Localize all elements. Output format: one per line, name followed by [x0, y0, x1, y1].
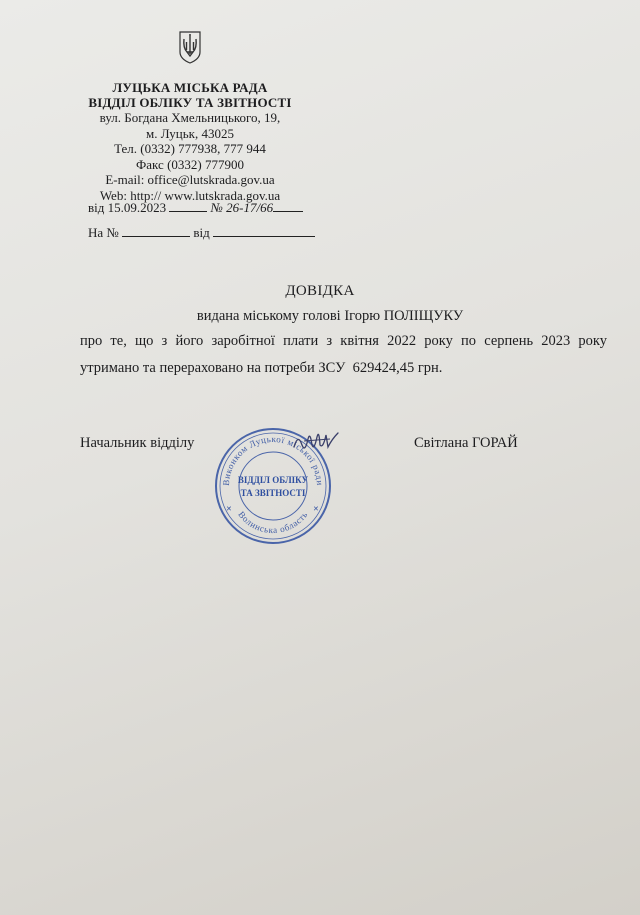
number-label: № — [211, 200, 223, 215]
email: E-mail: office@lutskrada.gov.ua — [60, 172, 320, 188]
date-value: 15.09.2023 — [108, 200, 167, 215]
stamp-outer-bottom-text: Волинська область — [236, 509, 309, 535]
issued-to: видана міському голові Ігорю ПОЛІЩУКУ — [0, 308, 640, 325]
signatory-role: Начальник відділу — [80, 435, 194, 452]
number-value: 26-17/66 — [226, 200, 273, 215]
blank-line — [122, 225, 190, 237]
blank-line — [273, 200, 303, 212]
blank-line — [213, 225, 315, 237]
reply-date-label: від — [193, 225, 209, 240]
stamp-center-line2: ТА ЗВІТНОСТІ — [241, 488, 306, 498]
department-name: ВІДДІЛ ОБЛІКУ ТА ЗВІТНОСТІ — [60, 95, 320, 110]
body-text-line2: утримано та перераховано на потреби ЗСУ … — [80, 360, 442, 377]
svg-text:✕: ✕ — [313, 505, 319, 513]
org-name: ЛУЦЬКА МІСЬКА РАДА — [60, 80, 320, 95]
svg-text:Волинська область: Волинська область — [236, 509, 309, 535]
stamp-center-line1: ВІДДІЛ ОБЛІКУ — [238, 475, 309, 485]
document-title: ДОВІДКА — [0, 283, 640, 300]
document-page: ЛУЦЬКА МІСЬКА РАДА ВІДДІЛ ОБЛІКУ ТА ЗВІТ… — [0, 0, 640, 915]
body-text-line1: про те, що з його заробітної плати з кві… — [80, 333, 607, 350]
incoming-reference: На № від — [88, 225, 315, 241]
blank-line — [169, 200, 207, 212]
outgoing-reference: від 15.09.2023 № 26-17/66 — [88, 200, 303, 216]
phone: Тел. (0332) 777938, 777 944 — [60, 141, 320, 157]
address-street: вул. Богдана Хмельницького, 19, — [60, 110, 320, 126]
reply-number-label: На № — [88, 225, 119, 240]
date-label: від — [88, 200, 104, 215]
trident-coat-of-arms-icon — [178, 30, 202, 64]
fax: Факс (0332) 777900 — [60, 157, 320, 173]
address-city: м. Луцьк, 43025 — [60, 126, 320, 142]
handwritten-signature — [290, 425, 340, 455]
letterhead: ЛУЦЬКА МІСЬКА РАДА ВІДДІЛ ОБЛІКУ ТА ЗВІТ… — [60, 30, 320, 203]
svg-text:✕: ✕ — [226, 505, 232, 513]
signatory-name: Світлана ГОРАЙ — [414, 435, 518, 452]
